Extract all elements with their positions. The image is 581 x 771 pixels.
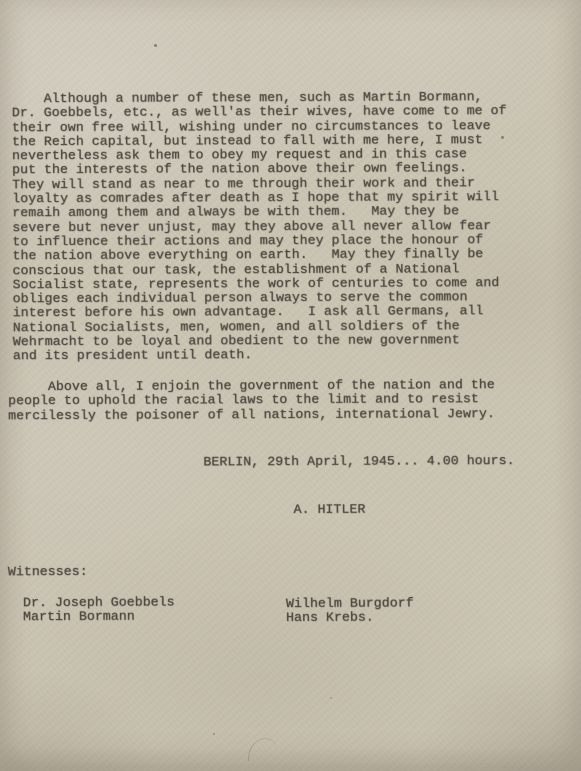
dateline: BERLIN, 29th April, 1945... 4.00 hours. bbox=[203, 454, 514, 470]
ink-speck bbox=[213, 733, 215, 735]
paragraph-enjoin-government: Above all, I enjoin the government of th… bbox=[8, 378, 495, 423]
witnesses-label: Witnesses: bbox=[8, 565, 88, 580]
scanned-document-page: { "colors": { "paper": "#cac4b3", "ink":… bbox=[0, 0, 581, 771]
witness-names-right-column: Wilhelm Burgdorf Hans Krebs. bbox=[286, 596, 414, 625]
witness-names-left-column: Dr. Joseph Goebbels Martin Bormann bbox=[23, 596, 175, 625]
ink-speck bbox=[501, 136, 504, 139]
ink-speck bbox=[154, 44, 157, 47]
paragraph-loyalty-request: Although a number of these men, such as … bbox=[12, 90, 508, 364]
paper-sheet: Although a number of these men, such as … bbox=[0, 0, 581, 771]
signature-name: A. HITLER bbox=[294, 503, 366, 518]
ink-speck bbox=[330, 697, 332, 699]
typewritten-document: Although a number of these men, such as … bbox=[0, 0, 581, 771]
